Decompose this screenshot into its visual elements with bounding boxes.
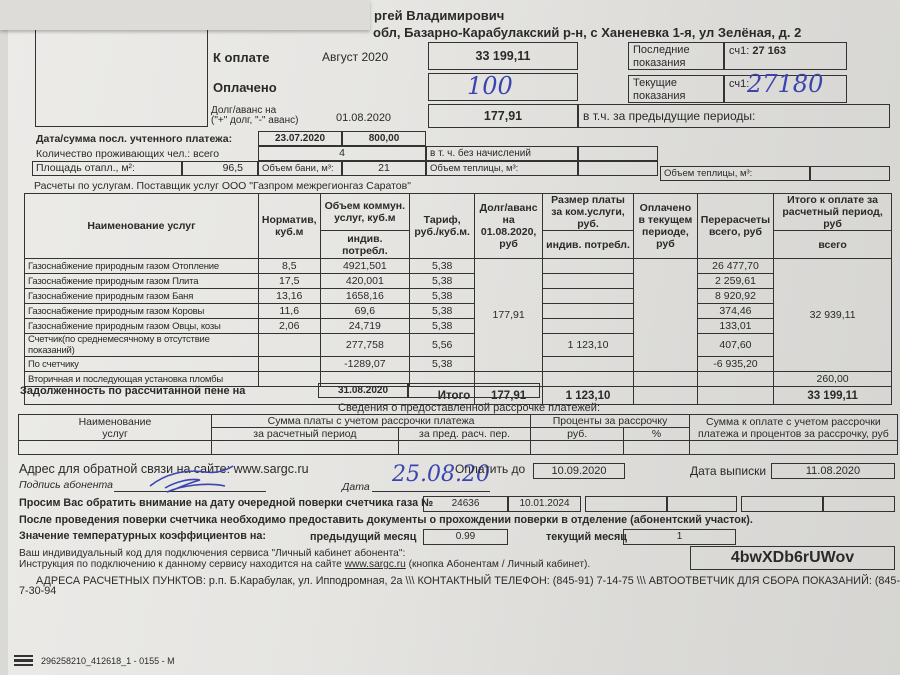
service-tariff: 5,38 bbox=[410, 304, 475, 319]
debt-amount: 177,91 bbox=[428, 104, 578, 128]
bath-volume-label: Объем бани, м³: bbox=[258, 161, 342, 176]
service-volume: 24,719 bbox=[320, 319, 409, 334]
paid-amount-box: 100 bbox=[428, 73, 578, 101]
service-recalc: -6 935,20 bbox=[697, 357, 773, 372]
service-recalc: 374,46 bbox=[697, 304, 773, 319]
service-tariff: 5,38 bbox=[410, 274, 475, 289]
inst-header-total-1: Сумма к оплате с учетом рассрочки bbox=[690, 416, 897, 428]
service-norm: 13,16 bbox=[258, 289, 320, 304]
header-total: Итого к оплате за расчетный период, руб bbox=[774, 194, 892, 231]
installment-caption: Сведения о предоставленной рассрочке пла… bbox=[338, 402, 600, 414]
last-payment-amount: 800,00 bbox=[342, 131, 426, 146]
merged-total: 32 939,11 bbox=[774, 259, 892, 372]
verification-notice: Просим Вас обратить внимание на дату оче… bbox=[19, 497, 433, 509]
service-norm: 8,5 bbox=[258, 259, 320, 274]
header-service-name: Наименование услуг bbox=[25, 194, 259, 259]
bath-volume-value: 21 bbox=[342, 161, 426, 176]
service-fee bbox=[543, 304, 634, 319]
personal-code: 4bwXDb6rUWov bbox=[690, 546, 895, 570]
last-readings-value: 27 163 bbox=[752, 45, 786, 57]
issue-date-label: Дата выписки bbox=[690, 464, 766, 478]
inst-header-name-2: услуг bbox=[19, 428, 211, 440]
code-line-2-pre: Инструкция по подключению к данному серв… bbox=[19, 559, 345, 570]
table-row: Газоснабжение природным газом Отопление … bbox=[25, 259, 892, 274]
inst-header-total: Сумма к оплате с учетом рассрочки платеж… bbox=[689, 415, 897, 441]
addresses-line-2: 7-30-94 bbox=[19, 585, 56, 597]
service-recalc: 133,01 bbox=[697, 319, 773, 334]
inst-empty-row bbox=[19, 441, 898, 455]
services-caption: Расчеты по услугам. Поставщик услуг ООО … bbox=[34, 180, 411, 192]
signature-label: Подпись абонента bbox=[19, 479, 113, 491]
service-norm bbox=[258, 357, 320, 372]
service-norm: 17,5 bbox=[258, 274, 320, 289]
header-recalc: Перерасчеты всего, руб bbox=[697, 194, 773, 259]
penalty-label: Задолженность по рассчитанной пене на bbox=[20, 385, 245, 397]
service-fee bbox=[543, 274, 634, 289]
signature-scribble bbox=[145, 464, 235, 494]
addresses-line: АДРЕСА РАСЧЕТНЫХ ПУНКТОВ: р.п. Б.Карабул… bbox=[36, 575, 900, 587]
debt-label: Долг/аванс на ("+" долг, "-" аванс) bbox=[211, 106, 298, 126]
inst-header-name: Наименование услуг bbox=[19, 415, 212, 441]
service-volume: 1658,16 bbox=[320, 289, 409, 304]
service-name: Газоснабжение природным газом Овцы, козы bbox=[25, 319, 259, 334]
current-readings-label: Текущие показания bbox=[628, 75, 724, 103]
after-verification-notice: После проведения поверки счетчика необхо… bbox=[19, 514, 753, 526]
pay-by-date: 10.09.2020 bbox=[533, 463, 625, 479]
service-norm: 2,06 bbox=[258, 319, 320, 334]
prev-month-label: предыдущий месяц bbox=[310, 531, 416, 543]
greenhouse-volume-value-2 bbox=[810, 166, 890, 181]
service-tariff: 5,38 bbox=[410, 259, 475, 274]
service-fee bbox=[543, 289, 634, 304]
header-fee-sub: индив. потребл. bbox=[543, 231, 634, 259]
service-recalc: 407,60 bbox=[697, 334, 773, 357]
service-name: Газоснабжение природным газом Коровы bbox=[25, 304, 259, 319]
service-name: Счетчик(по среднемесячному в отсутствие … bbox=[25, 334, 259, 357]
debt-date: 01.08.2020 bbox=[336, 112, 391, 124]
service-fee bbox=[543, 372, 634, 387]
without-charges-value bbox=[578, 146, 658, 161]
last-readings-value-box: сч1: 27 163 bbox=[724, 42, 847, 70]
service-name: Газоснабжение природным газом Баня bbox=[25, 289, 259, 304]
header-volume-sub: индив. потребл. bbox=[320, 231, 409, 259]
header-debt: Долг/аванс на 01.08.2020, руб bbox=[475, 194, 543, 259]
service-norm: 11,6 bbox=[258, 304, 320, 319]
service-name: Газоснабжение природным газом Отопление bbox=[25, 259, 259, 274]
header-divider bbox=[207, 27, 208, 127]
table-row: Газоснабжение природным газом Коровы 11,… bbox=[25, 304, 892, 319]
penalty-value bbox=[408, 383, 540, 398]
service-volume: 69,6 bbox=[320, 304, 409, 319]
penalty-date: 31.08.2020 bbox=[318, 383, 408, 398]
services-table: Наименование услуг Норматив, куб.м Объем… bbox=[24, 193, 892, 405]
merged-debt: 177,91 bbox=[475, 259, 543, 372]
last-payment-label: Дата/сумма посл. учтенного платежа: bbox=[36, 133, 232, 145]
service-recalc: 26 477,70 bbox=[697, 259, 773, 274]
prev-periods-box: в т.ч. за предыдущие периоды: bbox=[578, 104, 890, 128]
sargc-link[interactable]: www.sargc.ru bbox=[345, 559, 406, 570]
header-total-sub: всего bbox=[774, 231, 892, 259]
residents-label: Количество проживающих чел.: всего bbox=[36, 148, 219, 160]
installment-table: Наименование услуг Сумма платы с учетом … bbox=[18, 414, 898, 455]
current-readings-value-box: сч1: 27180 bbox=[724, 75, 847, 103]
paid-amount-handwritten: 100 bbox=[467, 72, 513, 100]
greenhouse-volume-value-1 bbox=[578, 161, 658, 176]
inst-header-sum-prev: за пред. расч. пер. bbox=[398, 428, 530, 441]
inst-header-percent-rub: руб. bbox=[531, 428, 624, 441]
service-recalc: 8 920,92 bbox=[697, 289, 773, 304]
table-row: Газоснабжение природным газом Баня 13,16… bbox=[25, 289, 892, 304]
cur-month-label: текущий месяц bbox=[546, 531, 627, 543]
service-fee bbox=[543, 357, 634, 372]
heated-area-value: 96,5 bbox=[182, 161, 258, 176]
header-norm: Норматив, куб.м bbox=[258, 194, 320, 259]
service-norm bbox=[258, 372, 320, 387]
left-blank-frame bbox=[35, 27, 207, 127]
current-readings-label-2: показания bbox=[633, 90, 719, 103]
table-row: По счетчику -1289,07 5,38 -6 935,20 bbox=[25, 357, 892, 372]
inst-header-name-1: Наименование bbox=[19, 416, 211, 428]
issue-date: 11.08.2020 bbox=[771, 463, 895, 479]
inst-header-sum-period: за расчетный период bbox=[211, 428, 398, 441]
pay-by-label: Оплатить до bbox=[455, 462, 525, 476]
header-paid: Оплачено в текущем периоде, руб bbox=[634, 194, 698, 259]
service-name: По счетчику bbox=[25, 357, 259, 372]
last-readings-prefix: сч1: bbox=[729, 45, 749, 57]
meter-number: 24636 bbox=[423, 496, 508, 512]
table-row: Газоснабжение природным газом Овцы, козы… bbox=[25, 319, 892, 334]
verification-date: 10.01.2024 bbox=[508, 496, 581, 512]
table-row: Счетчик(по среднемесячному в отсутствие … bbox=[25, 334, 892, 357]
service-fee bbox=[543, 319, 634, 334]
last-readings-label-1: Последние bbox=[633, 44, 719, 57]
service-name: Газоснабжение природным газом Плита bbox=[25, 274, 259, 289]
service-tariff: 5,56 bbox=[410, 334, 475, 357]
inst-header-percent: Проценты за рассрочку bbox=[531, 415, 690, 428]
meter-slot-2a bbox=[585, 496, 667, 512]
to-pay-amount: 33 199,11 bbox=[428, 42, 578, 70]
service-volume: 277,758 bbox=[320, 334, 409, 357]
date-label: Дата bbox=[342, 481, 370, 493]
last-readings-label: Последние показания bbox=[628, 42, 724, 70]
service-tariff: 5,38 bbox=[410, 289, 475, 304]
barcode-text: 296258210_412618_1 - 0155 - M bbox=[41, 656, 175, 666]
code-line-1: Ваш индивидуальный код для подключения с… bbox=[19, 548, 590, 559]
greenhouse-volume-label-2: Объем теплицы, м³: bbox=[660, 166, 810, 181]
seal-total: 260,00 bbox=[774, 372, 892, 387]
service-tariff: 5,38 bbox=[410, 357, 475, 372]
greenhouse-volume-label-1: Объем теплицы, м³: bbox=[426, 161, 578, 176]
prev-periods-label: в т.ч. за предыдущие периоды: bbox=[583, 109, 755, 123]
meter-slot-2b bbox=[667, 496, 737, 512]
without-charges-label: в т. ч. без начислений bbox=[426, 146, 578, 161]
residents-value: 4 bbox=[258, 146, 426, 161]
service-tariff: 5,38 bbox=[410, 319, 475, 334]
payer-name: ргей Владимирович bbox=[374, 8, 504, 23]
meter-slot-3a bbox=[741, 496, 823, 512]
date-line bbox=[372, 491, 490, 492]
service-norm bbox=[258, 334, 320, 357]
personal-code-instructions: Ваш индивидуальный код для подключения с… bbox=[19, 548, 590, 570]
cur-month-value: 1 bbox=[623, 529, 736, 545]
temp-coef-label: Значение температурных коэффициентов на: bbox=[19, 530, 266, 542]
to-pay-period: Август 2020 bbox=[322, 50, 388, 64]
prev-month-value: 0.99 bbox=[423, 529, 508, 545]
service-volume: -1289,07 bbox=[320, 357, 409, 372]
code-line-2-post: (кнопка Абонентам / Личный кабинет). bbox=[406, 559, 590, 570]
service-fee bbox=[543, 259, 634, 274]
service-volume: 420,001 bbox=[320, 274, 409, 289]
service-recalc bbox=[697, 372, 773, 387]
inst-header-percent-pct: % bbox=[624, 428, 690, 441]
to-pay-label: К оплате bbox=[213, 50, 269, 65]
payer-address: обл, Базарно-Карабулакский р-н, с Ханене… bbox=[373, 25, 801, 40]
inst-header-sum: Сумма платы с учетом рассрочки платежа bbox=[211, 415, 530, 428]
current-readings-handwritten: 27180 bbox=[747, 70, 823, 98]
table-row: Газоснабжение природным газом Плита 17,5… bbox=[25, 274, 892, 289]
paid-label: Оплачено bbox=[213, 80, 277, 95]
last-readings-label-2: показания bbox=[633, 57, 719, 70]
service-recalc: 2 259,61 bbox=[697, 274, 773, 289]
meter-slot-3b bbox=[823, 496, 895, 512]
overlapping-paper-strip bbox=[0, 0, 370, 30]
service-fee: 1 123,10 bbox=[543, 334, 634, 357]
heated-area-label: Площадь отапл., м²: bbox=[32, 161, 182, 176]
inst-header-total-2: платежа и процентов за рассрочку, руб bbox=[690, 428, 897, 440]
header-fee: Размер платы за ком.услуги, руб. bbox=[543, 194, 634, 231]
totals-total: 33 199,11 bbox=[774, 387, 892, 405]
header-volume: Объем коммун. услуг, куб.м bbox=[320, 194, 409, 231]
barcode-icon bbox=[14, 655, 33, 668]
debt-label-line2: ("+" долг, "-" аванс) bbox=[211, 116, 298, 126]
current-readings-label-1: Текущие bbox=[633, 77, 719, 90]
header-tariff: Тариф, руб./куб.м. bbox=[410, 194, 475, 259]
merged-paid bbox=[634, 259, 698, 372]
last-payment-date: 23.07.2020 bbox=[258, 131, 342, 146]
service-volume: 4921,501 bbox=[320, 259, 409, 274]
